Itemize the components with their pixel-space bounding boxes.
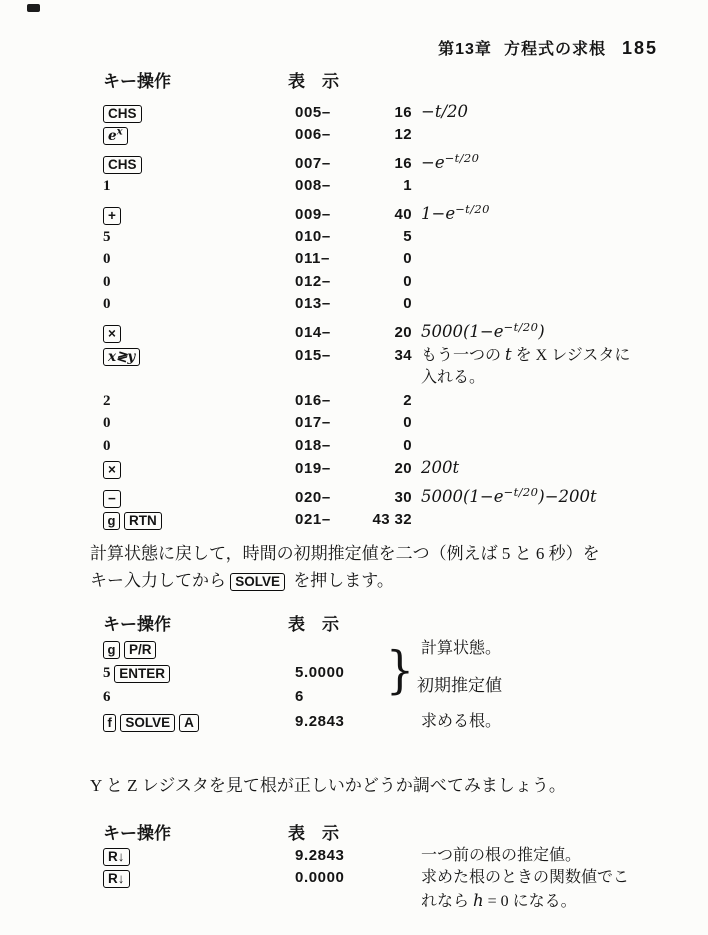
solve-keystroke-table: キー操作 表 示 gP/R計算状態。5 ENTER5.000066fSOLVEA… — [103, 613, 678, 733]
key-R↓: R↓ — [103, 870, 130, 888]
display-keycode: 20 — [355, 322, 412, 344]
text: 0 — [103, 296, 111, 312]
key-sequence: ex — [103, 124, 295, 146]
key-g: g — [103, 641, 120, 659]
key-A: A — [179, 714, 199, 732]
row-comment: 求めた根のときの関数値でこれなら h = 0 になる。 — [421, 867, 629, 913]
row-comment: 5000(1−e−t/20) — [421, 316, 545, 344]
text: Y と Z レジスタを見て根が正しいかどうか調べてみましょう。 — [90, 776, 566, 795]
key-sequence: R↓ — [103, 845, 295, 867]
table-row: 1008–1 — [103, 175, 678, 197]
key-sequence: gRTN — [103, 509, 295, 531]
display-value: 5.0000 — [295, 661, 355, 685]
paragraph-register-check: Y と Z レジスタを見て根が正しいかどうか調べてみましょう。 — [90, 772, 670, 799]
key-sequence: fSOLVEA — [103, 710, 295, 734]
key-sequence: × — [103, 322, 295, 344]
key-sequence: × — [103, 458, 295, 480]
text: = 0 になる。 — [484, 893, 577, 910]
table-row: gRTN021–43 32 — [103, 509, 678, 531]
display-value: 014– — [295, 322, 355, 344]
table-row: ×014–205000(1−e−t/20) — [103, 316, 678, 344]
text: 計算状態に戻して，時間の初期推定値を二つ（例えば 5 と 6 秒）を — [90, 544, 600, 563]
display-keycode: 20 — [355, 458, 412, 480]
key-CHS: CHS — [103, 156, 142, 174]
text: を X レジスタに — [512, 347, 631, 364]
table-row: 5010–5 — [103, 226, 678, 248]
grouping-brace: } — [386, 646, 414, 697]
display-value: 6 — [295, 685, 355, 709]
table-row: CHS007–16−e−t/20 — [103, 147, 678, 175]
display-keycode: 5 — [355, 226, 412, 248]
table-row: R↓0.0000求めた根のときの関数値でこれなら h = 0 になる。 — [103, 867, 678, 913]
display-column-header: 表 示 — [288, 613, 339, 637]
display-keycode: 34 — [355, 345, 412, 367]
display-keycode: 40 — [355, 204, 412, 226]
math-expression: h — [473, 891, 484, 910]
text: 5 — [103, 229, 111, 245]
display-value: 018– — [295, 435, 355, 457]
key-e^x: ex — [103, 127, 128, 145]
display-keycode: 2 — [355, 390, 412, 412]
table-row: −020–305000(1−e−t/20)−200t — [103, 481, 678, 509]
display-value: 0.0000 — [295, 867, 355, 889]
chapter-label: 第13章 — [438, 41, 492, 58]
display-column-header: 表 示 — [288, 70, 339, 94]
table-row: ×019–20200t — [103, 457, 678, 480]
display-value: 009– — [295, 204, 355, 226]
text: 6 — [103, 689, 111, 705]
manual-page: 第13章方程式の求根185 キー操作 表 示 CHS005–16−t/20ex0… — [0, 0, 708, 935]
display-value: 017– — [295, 412, 355, 434]
key-sequence: gP/R — [103, 637, 295, 661]
text: 0 — [103, 438, 111, 454]
key-sequence: 0 — [103, 293, 295, 315]
table-row: x≷y015–34もう一つの t を X レジスタに入れる。 — [103, 344, 678, 390]
math-superscript: −t/20 — [504, 320, 539, 334]
row-comment: 求める根。 — [421, 711, 501, 733]
table-row: 0012–0 — [103, 271, 678, 293]
table-column-headers: キー操作 表 示 — [103, 613, 678, 637]
key-sequence: 6 — [103, 685, 295, 710]
math-expression: 5000(1−e — [421, 322, 504, 341]
key-R↓: R↓ — [103, 848, 130, 866]
table-row: 0018–0 — [103, 435, 678, 457]
row-comment: 1−e−t/20 — [421, 198, 490, 226]
math-expression: 1−e — [421, 204, 455, 223]
key-−: − — [103, 490, 121, 508]
table-column-headers: キー操作 表 示 — [103, 823, 678, 845]
text: 2 — [103, 393, 111, 409]
text: 0 — [103, 251, 111, 267]
display-value: 011– — [295, 248, 355, 270]
math-expression: −e — [421, 153, 445, 172]
text: 5 — [103, 665, 114, 681]
key-SOLVE: SOLVE — [120, 714, 175, 732]
table-rows: R↓9.2843一つ前の根の推定値。R↓0.0000求めた根のときの関数値でこれ… — [103, 845, 678, 913]
math-expression: ) — [538, 322, 544, 341]
key-g: g — [103, 512, 120, 530]
key-sequence: 0 — [103, 271, 295, 293]
table-row: R↓9.2843一つ前の根の推定値。 — [103, 845, 678, 867]
key-sequence: R↓ — [103, 867, 295, 889]
row-comment: −e−t/20 — [421, 147, 479, 175]
row-comment: 計算状態。 — [421, 638, 501, 660]
display-column-header: 表 示 — [288, 823, 339, 845]
key-sequence: 0 — [103, 435, 295, 457]
display-value: 012– — [295, 271, 355, 293]
text: もう一つの — [421, 347, 505, 364]
key-f: f — [103, 714, 116, 732]
display-value: 010– — [295, 226, 355, 248]
key-sequence: 0 — [103, 412, 295, 434]
math-superscript: −t/20 — [455, 202, 490, 216]
display-value: 008– — [295, 175, 355, 197]
key-sequence: 2 — [103, 390, 295, 412]
text: 1 — [103, 178, 111, 194]
key-column-header: キー操作 — [103, 823, 288, 845]
key-CHS: CHS — [103, 105, 142, 123]
display-value: 016– — [295, 390, 355, 412]
display-keycode: 0 — [355, 271, 412, 293]
key-sequence: 0 — [103, 248, 295, 270]
display-keycode: 0 — [355, 293, 412, 315]
row-comment: 5000(1−e−t/20)−200t — [421, 481, 597, 509]
key-sequence: CHS — [103, 102, 295, 124]
table-row: 0017–0 — [103, 412, 678, 434]
key-sequence: 5 — [103, 226, 295, 248]
key-ENTER: ENTER — [114, 665, 170, 683]
key-sequence: x≷y — [103, 345, 295, 367]
display-keycode: 1 — [355, 175, 412, 197]
text: を押します。 — [289, 571, 394, 590]
display-keycode: 0 — [355, 248, 412, 270]
text: 一つ前の根の推定値。 — [421, 847, 581, 864]
display-keycode: 43 32 — [355, 509, 412, 531]
table-rows: CHS005–16−t/20ex006–12CHS007–16−e−t/2010… — [103, 101, 678, 531]
display-keycode: 0 — [355, 412, 412, 434]
display-value: 015– — [295, 345, 355, 367]
key-sequence: 1 — [103, 175, 295, 197]
key-P/R: P/R — [124, 641, 157, 659]
display-keycode: 16 — [355, 153, 412, 175]
display-value: 007– — [295, 153, 355, 175]
key-×: × — [103, 461, 121, 479]
math-superscript: −t/20 — [445, 151, 480, 165]
text: れなら — [421, 893, 473, 910]
display-value: 013– — [295, 293, 355, 315]
row-comment: 200t — [421, 457, 459, 480]
paragraph-solve-instructions: 計算状態に戻して，時間の初期推定値を二つ（例えば 5 と 6 秒）をキー入力して… — [90, 540, 670, 594]
key-sequence: CHS — [103, 153, 295, 175]
chapter-title: 方程式の求根 — [504, 41, 606, 58]
program-keystroke-table: キー操作 表 示 CHS005–16−t/20ex006–12CHS007–16… — [103, 70, 678, 531]
display-keycode: 16 — [355, 102, 412, 124]
key-+: + — [103, 207, 121, 225]
text: キー入力してから — [90, 571, 230, 590]
table-row: CHS005–16−t/20 — [103, 101, 678, 124]
table-row: ex006–12 — [103, 124, 678, 146]
row-comment: 一つ前の根の推定値。 — [421, 845, 581, 867]
math-expression: )−200t — [538, 487, 596, 506]
text: 入れる。 — [421, 369, 485, 386]
scan-artifact — [27, 4, 40, 12]
table-row: 0013–0 — [103, 293, 678, 315]
text: 計算状態。 — [421, 640, 501, 657]
display-value: 019– — [295, 458, 355, 480]
display-value: 006– — [295, 124, 355, 146]
table-column-headers: キー操作 表 示 — [103, 70, 678, 94]
text: 0 — [103, 415, 111, 431]
display-value: 9.2843 — [295, 710, 355, 734]
page-number: 185 — [622, 38, 658, 58]
text: 求めた根のときの関数値でこ — [421, 869, 629, 886]
math-expression: 200t — [421, 458, 459, 477]
display-keycode: 30 — [355, 487, 412, 509]
display-value: 005– — [295, 102, 355, 124]
table-row: 2016–2 — [103, 390, 678, 412]
math-expression: t — [505, 345, 512, 364]
key-RTN: RTN — [124, 512, 162, 530]
text: 0 — [103, 274, 111, 290]
page-header: 第13章方程式の求根185 — [0, 36, 658, 59]
math-expression: 5000(1−e — [421, 487, 504, 506]
display-value: 9.2843 — [295, 845, 355, 867]
math-superscript: −t/20 — [504, 485, 539, 499]
key-column-header: キー操作 — [103, 70, 288, 94]
register-check-table: キー操作 表 示 R↓9.2843一つ前の根の推定値。R↓0.0000求めた根の… — [103, 823, 678, 913]
key-sequence: − — [103, 487, 295, 509]
table-row: 0011–0 — [103, 248, 678, 270]
grouping-brace-label: 初期推定値 — [417, 671, 502, 696]
display-value: 020– — [295, 487, 355, 509]
row-comment: もう一つの t を X レジスタに入れる。 — [421, 344, 630, 390]
table-row: +009–401−e−t/20 — [103, 198, 678, 226]
key-×: × — [103, 325, 121, 343]
math-expression: −t/20 — [421, 102, 468, 121]
row-comment: −t/20 — [421, 101, 468, 124]
key-sequence: + — [103, 204, 295, 226]
key-SOLVE: SOLVE — [230, 573, 285, 591]
display-keycode: 12 — [355, 124, 412, 146]
table-row: fSOLVEA9.2843求める根。 — [103, 710, 678, 734]
display-keycode: 0 — [355, 435, 412, 457]
key-x≷y: x≷y — [103, 348, 140, 366]
text: 求める根。 — [421, 713, 501, 730]
key-column-header: キー操作 — [103, 613, 288, 637]
key-sequence: 5 ENTER — [103, 661, 295, 686]
display-value: 021– — [295, 509, 355, 531]
